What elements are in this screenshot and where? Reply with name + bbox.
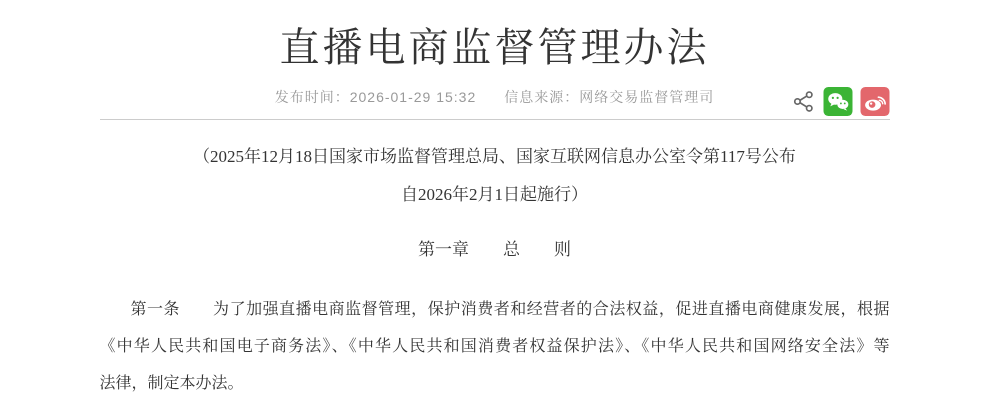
wechat-share-button[interactable] — [823, 87, 853, 116]
wechat-icon — [823, 87, 853, 116]
source-value: 网络交易监督管理司 — [579, 89, 714, 105]
publish-time-label: 发布时间： — [275, 89, 350, 105]
meta-row: 发布时间：2026-01-29 15:32信息来源：网络交易监督管理司 — [100, 86, 890, 120]
document-page: 直播电商监督管理办法 发布时间：2026-01-29 15:32信息来源：网络交… — [100, 22, 890, 402]
chapter-heading: 第一章 总 则 — [100, 231, 890, 269]
page-title: 直播电商监督管理办法 — [100, 22, 890, 74]
article-body: 第一条 为了加强直播电商监督管理，保护消费者和经营者的合法权益，促进直播电商健康… — [100, 291, 890, 402]
source-label: 信息来源： — [504, 89, 579, 105]
effective-date-line: 自2026年2月1日起施行） — [100, 176, 890, 214]
weibo-share-button[interactable] — [860, 87, 890, 116]
publish-time-value: 2026-01-29 15:32 — [350, 89, 477, 105]
article-line: 第一条 为了加强直播电商监督管理，保护消费者和经营者的合法权益，促进直播电商健康… — [100, 291, 890, 328]
promulgation-note: （2025年12月18日国家市场监督管理总局、国家互联网信息办公室令第117号公… — [100, 138, 890, 214]
share-toolbar — [791, 87, 890, 116]
weibo-icon — [860, 87, 890, 116]
article-line: 《中华人民共和国电子商务法》、《中华人民共和国消费者权益保护法》、《中华人民共和… — [100, 328, 890, 365]
share-nodes-icon — [791, 89, 816, 114]
share-button[interactable] — [791, 89, 816, 114]
article-line: 法律，制定本办法。 — [100, 365, 890, 402]
promulgation-line: （2025年12月18日国家市场监督管理总局、国家互联网信息办公室令第117号公… — [100, 138, 890, 176]
meta-text: 发布时间：2026-01-29 15:32信息来源：网络交易监督管理司 — [275, 87, 715, 107]
